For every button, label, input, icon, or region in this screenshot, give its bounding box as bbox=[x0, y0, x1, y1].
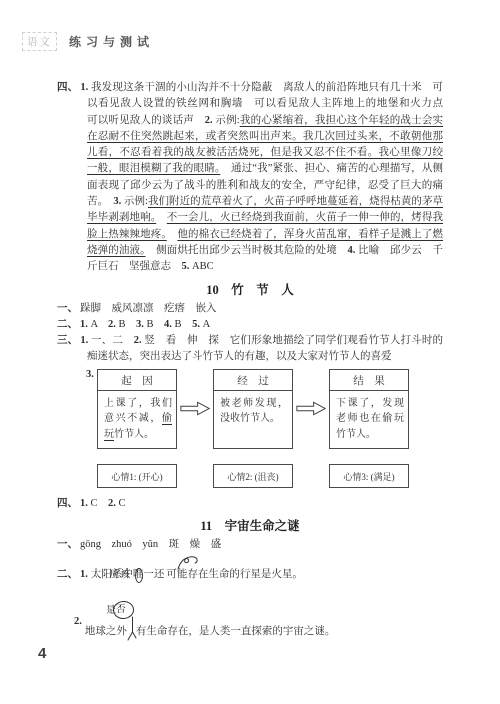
flow-box-result-text: 下课了，发现老师也在偷玩竹节人。 bbox=[330, 391, 408, 448]
answer-block-lesson9-q4: 四、1. 我发现这条干涸的小山沟并不十分隐蔽 离敌人的前沿阵地只有几十米 可以看… bbox=[57, 80, 443, 276]
deletion-squiggle-icon bbox=[177, 555, 203, 570]
answers-content: 四、1. 我发现这条干涸的小山沟并不十分隐蔽 离敌人的前沿阵地只有几十米 可以看… bbox=[57, 80, 443, 650]
flow-box-process-text: 被老师发现，没收竹节人。 bbox=[214, 391, 292, 448]
answer-text: gōng zhuó yǔn 斑 燥 盛 bbox=[80, 539, 221, 550]
mood-box-1: 心情1: (开心) bbox=[97, 464, 177, 488]
question-marker: 三、 bbox=[57, 335, 78, 346]
proofreading-item-2: 2.地球之外是否有生命存在，是人类一直探索的宇宙之谜。 bbox=[57, 614, 443, 640]
answer-text: 1. A 2. B 3. B 4. B 5. A bbox=[80, 319, 210, 330]
flow-box-cause-title: 起 因 bbox=[98, 370, 176, 391]
deleted-word: 应该 bbox=[135, 568, 143, 583]
insertion-caret-icon bbox=[127, 617, 139, 642]
question-marker: 一、 bbox=[57, 303, 78, 314]
page-header: 语文 练习与测试 bbox=[22, 32, 154, 51]
mood-box-2: 心情2: (沮丧) bbox=[213, 464, 293, 488]
answer-text: 1. 我发现这条干涸的小山沟并不十分隐蔽 离敌人的前沿阵地只有几十米 可以看见敌… bbox=[80, 82, 453, 272]
flow-box-process: 经 过 被老师发现，没收竹节人。 bbox=[213, 369, 293, 449]
sentence-before: 地球之外 bbox=[85, 626, 127, 637]
question-marker: 二、 bbox=[57, 569, 78, 580]
book-title: 练习与测试 bbox=[69, 33, 154, 50]
lesson10-heading: 10 竹 节 人 bbox=[57, 280, 443, 298]
mood-box-3: 心情3: (满足) bbox=[329, 464, 409, 488]
mood-spacer bbox=[177, 464, 213, 488]
answer-text: 1. C 2. C bbox=[80, 498, 126, 509]
answer-text: 跺脚 威风凛凛 疙瘩 嵌入 bbox=[80, 303, 217, 314]
answer-block-lesson10-q4: 四、1. C 2. C bbox=[57, 496, 443, 512]
question-marker: 一、 bbox=[57, 539, 78, 550]
item-number: 2. bbox=[74, 616, 82, 627]
flow-arrow-icon bbox=[293, 401, 329, 416]
flow-box-cause-text: 上课了，我们意兴不减，偷玩竹节人。 bbox=[98, 391, 176, 448]
flowchart-boxes-row: 起 因 上课了，我们意兴不减，偷玩竹节人。 经 过 被老师发现，没收竹节人。 结… bbox=[97, 369, 443, 449]
answer-block-lesson10-q1: 一、跺脚 威风凛凛 疙瘩 嵌入 bbox=[57, 301, 443, 317]
flow-box-cause: 起 因 上课了，我们意兴不减，偷玩竹节人。 bbox=[97, 369, 177, 449]
answer-block-lesson10-q2: 二、1. A 2. B 3. B 4. B 5. A bbox=[57, 317, 443, 333]
insertion-mark: 是否 bbox=[127, 622, 136, 634]
page-number: 4 bbox=[38, 645, 46, 662]
question-marker: 四、 bbox=[57, 82, 78, 93]
proofreading-item-1: 二、1.太阳系中唯一还应该可能存在生命的行星是火星。 bbox=[57, 567, 443, 583]
item-number: 1. bbox=[80, 569, 88, 580]
flowchart-item-label: 3. bbox=[86, 369, 94, 380]
subject-tag: 语文 bbox=[22, 32, 57, 51]
mood-spacer bbox=[293, 464, 329, 488]
flow-arrow-icon bbox=[177, 401, 213, 416]
sentence-after: 有生命存在，是人类一直探索的宇宙之谜。 bbox=[136, 626, 336, 637]
answer-text: 1. 一、二 2. 竖 看 伸 探 它们形象地描绘了同学们观看竹节人打斗时的痴迷… bbox=[80, 335, 443, 362]
answer-block-lesson11-q1: 一、gōng zhuó yǔn 斑 燥 盛 bbox=[57, 537, 443, 553]
story-flowchart: 3. 起 因 上课了，我们意兴不减，偷玩竹节人。 经 过 被老师发现，没收竹节人… bbox=[57, 369, 443, 488]
flow-box-result-title: 结 果 bbox=[330, 370, 408, 391]
mood-boxes-row: 心情1: (开心) 心情2: (沮丧) 心情3: (满足) bbox=[97, 464, 443, 488]
lesson11-heading: 11 宇宙生命之谜 bbox=[57, 516, 443, 534]
question-marker: 二、 bbox=[57, 319, 78, 330]
answer-block-lesson10-q3: 三、1. 一、二 2. 竖 看 伸 探 它们形象地描绘了同学们观看竹节人打斗时的… bbox=[57, 333, 443, 366]
flow-box-process-title: 经 过 bbox=[214, 370, 292, 391]
flow-box-result: 结 果 下课了，发现老师也在偷玩竹节人。 bbox=[329, 369, 409, 449]
workbook-page: 语文 练习与测试 四、1. 我发现这条干涸的小山沟并不十分隐蔽 离敌人的前沿阵地… bbox=[0, 0, 500, 704]
sentence-after: 可能存在生命的行星是火星。 bbox=[166, 569, 303, 580]
question-marker: 四、 bbox=[57, 498, 78, 509]
